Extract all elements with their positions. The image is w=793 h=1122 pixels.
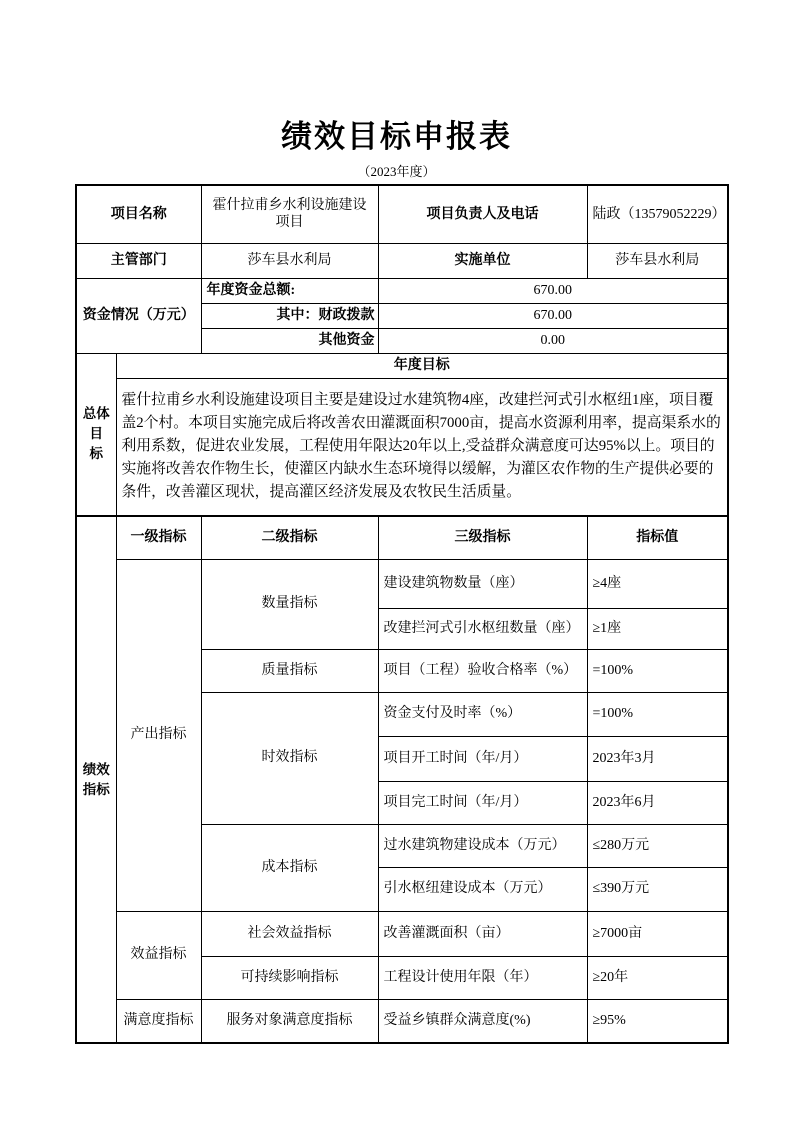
funding-other-value: 0.00 bbox=[378, 328, 728, 353]
level2-cost-cell: 成本指标 bbox=[201, 824, 378, 911]
header-level3: 三级指标 bbox=[378, 516, 587, 559]
level2-service-satisfaction-cell: 服务对象满意度指标 bbox=[201, 999, 378, 1043]
funding-total-value: 670.00 bbox=[378, 278, 728, 303]
level1-benefit-cell: 效益指标 bbox=[116, 911, 201, 999]
indicator-name-cell: 工程设计使用年限（年） bbox=[378, 956, 587, 999]
funding-total-label: 年度资金总额: bbox=[201, 278, 378, 303]
page-subtitle: （2023年度） bbox=[0, 161, 793, 180]
indicator-value-cell: ≤280万元 bbox=[587, 824, 728, 867]
form-table: 项目名称 霍什拉甫乡水利设施建设项目 项目负责人及电话 陆政（135790522… bbox=[75, 184, 729, 1044]
page-title: 绩效目标申报表 bbox=[0, 111, 793, 156]
indicator-value-cell: 2023年3月 bbox=[587, 736, 728, 781]
table-row: 项目名称 霍什拉甫乡水利设施建设项目 项目负责人及电话 陆政（135790522… bbox=[76, 185, 728, 243]
funding-fiscal-value: 670.00 bbox=[378, 303, 728, 328]
indicator-name-cell: 过水建筑物建设成本（万元） bbox=[378, 824, 587, 867]
indicator-value-cell: ≥20年 bbox=[587, 956, 728, 999]
funding-fiscal-label: 其中：财政拨款 bbox=[201, 303, 378, 328]
annual-goal-text: 霍什拉甫乡水利设施建设项目主要是建设过水建筑物4座，改建拦河式引水枢纽1座，项目… bbox=[116, 378, 728, 516]
impl-value: 莎车县水利局 bbox=[587, 243, 728, 278]
indicator-row: 效益指标 社会效益指标 改善灌溉面积（亩） ≥7000亩 bbox=[76, 911, 728, 956]
dept-value: 莎车县水利局 bbox=[201, 243, 378, 278]
indicator-name-cell: 项目（工程）验收合格率（%） bbox=[378, 649, 587, 692]
indicator-value-cell: ≥7000亩 bbox=[587, 911, 728, 956]
indicator-name-cell: 改善灌溉面积（亩） bbox=[378, 911, 587, 956]
project-name-label: 项目名称 bbox=[76, 185, 201, 243]
impl-label: 实施单位 bbox=[378, 243, 587, 278]
indicator-name-cell: 项目完工时间（年/月） bbox=[378, 781, 587, 824]
header-level2: 二级指标 bbox=[201, 516, 378, 559]
header-level1: 一级指标 bbox=[116, 516, 201, 559]
annual-goal-header: 年度目标 bbox=[116, 353, 728, 378]
indicator-value-cell: ≥1座 bbox=[587, 608, 728, 649]
indicator-name-cell: 建设建筑物数量（座） bbox=[378, 559, 587, 608]
dept-label: 主管部门 bbox=[76, 243, 201, 278]
header-value: 指标值 bbox=[587, 516, 728, 559]
indicators-label: 绩效 指标 bbox=[76, 516, 116, 1043]
manager-value: 陆政（13579052229） bbox=[587, 185, 728, 243]
indicator-name-cell: 改建拦河式引水枢纽数量（座） bbox=[378, 608, 587, 649]
funding-label: 资金情况（万元） bbox=[76, 278, 201, 353]
overall-goal-label: 总体目 标 bbox=[76, 353, 116, 516]
manager-label: 项目负责人及电话 bbox=[378, 185, 587, 243]
level2-sustainability-cell: 可持续影响指标 bbox=[201, 956, 378, 999]
table-row: 资金情况（万元） 年度资金总额: 670.00 bbox=[76, 278, 728, 303]
indicator-value-cell: ≥95% bbox=[587, 999, 728, 1043]
indicator-header-row: 绩效 指标 一级指标 二级指标 三级指标 指标值 bbox=[76, 516, 728, 559]
level2-quantity-cell: 数量指标 bbox=[201, 559, 378, 649]
level2-timeliness-cell: 时效指标 bbox=[201, 692, 378, 824]
indicator-name-cell: 受益乡镇群众满意度(%) bbox=[378, 999, 587, 1043]
indicator-value-cell: ≤390万元 bbox=[587, 867, 728, 911]
project-name-value: 霍什拉甫乡水利设施建设项目 bbox=[201, 185, 378, 243]
level2-social-benefit-cell: 社会效益指标 bbox=[201, 911, 378, 956]
indicator-row: 产出指标 数量指标 建设建筑物数量（座） ≥4座 bbox=[76, 559, 728, 608]
table-row: 主管部门 莎车县水利局 实施单位 莎车县水利局 bbox=[76, 243, 728, 278]
level1-output-cell: 产出指标 bbox=[116, 559, 201, 911]
table-row: 总体目 标 年度目标 bbox=[76, 353, 728, 378]
indicator-value-cell: ≥4座 bbox=[587, 559, 728, 608]
document-page: 绩效目标申报表 （2023年度） 项目名称 霍什拉甫乡水利设施建设项目 项目负责… bbox=[0, 0, 793, 1122]
indicator-value-cell: 2023年6月 bbox=[587, 781, 728, 824]
level2-quality-cell: 质量指标 bbox=[201, 649, 378, 692]
indicator-name-cell: 引水枢纽建设成本（万元） bbox=[378, 867, 587, 911]
indicator-name-cell: 项目开工时间（年/月） bbox=[378, 736, 587, 781]
indicator-row: 满意度指标 服务对象满意度指标 受益乡镇群众满意度(%) ≥95% bbox=[76, 999, 728, 1043]
indicator-name-cell: 资金支付及时率（%） bbox=[378, 692, 587, 736]
table-row: 霍什拉甫乡水利设施建设项目主要是建设过水建筑物4座，改建拦河式引水枢纽1座，项目… bbox=[76, 378, 728, 516]
indicator-value-cell: =100% bbox=[587, 649, 728, 692]
indicator-value-cell: =100% bbox=[587, 692, 728, 736]
level1-satisfaction-cell: 满意度指标 bbox=[116, 999, 201, 1043]
funding-other-label: 其他资金 bbox=[201, 328, 378, 353]
